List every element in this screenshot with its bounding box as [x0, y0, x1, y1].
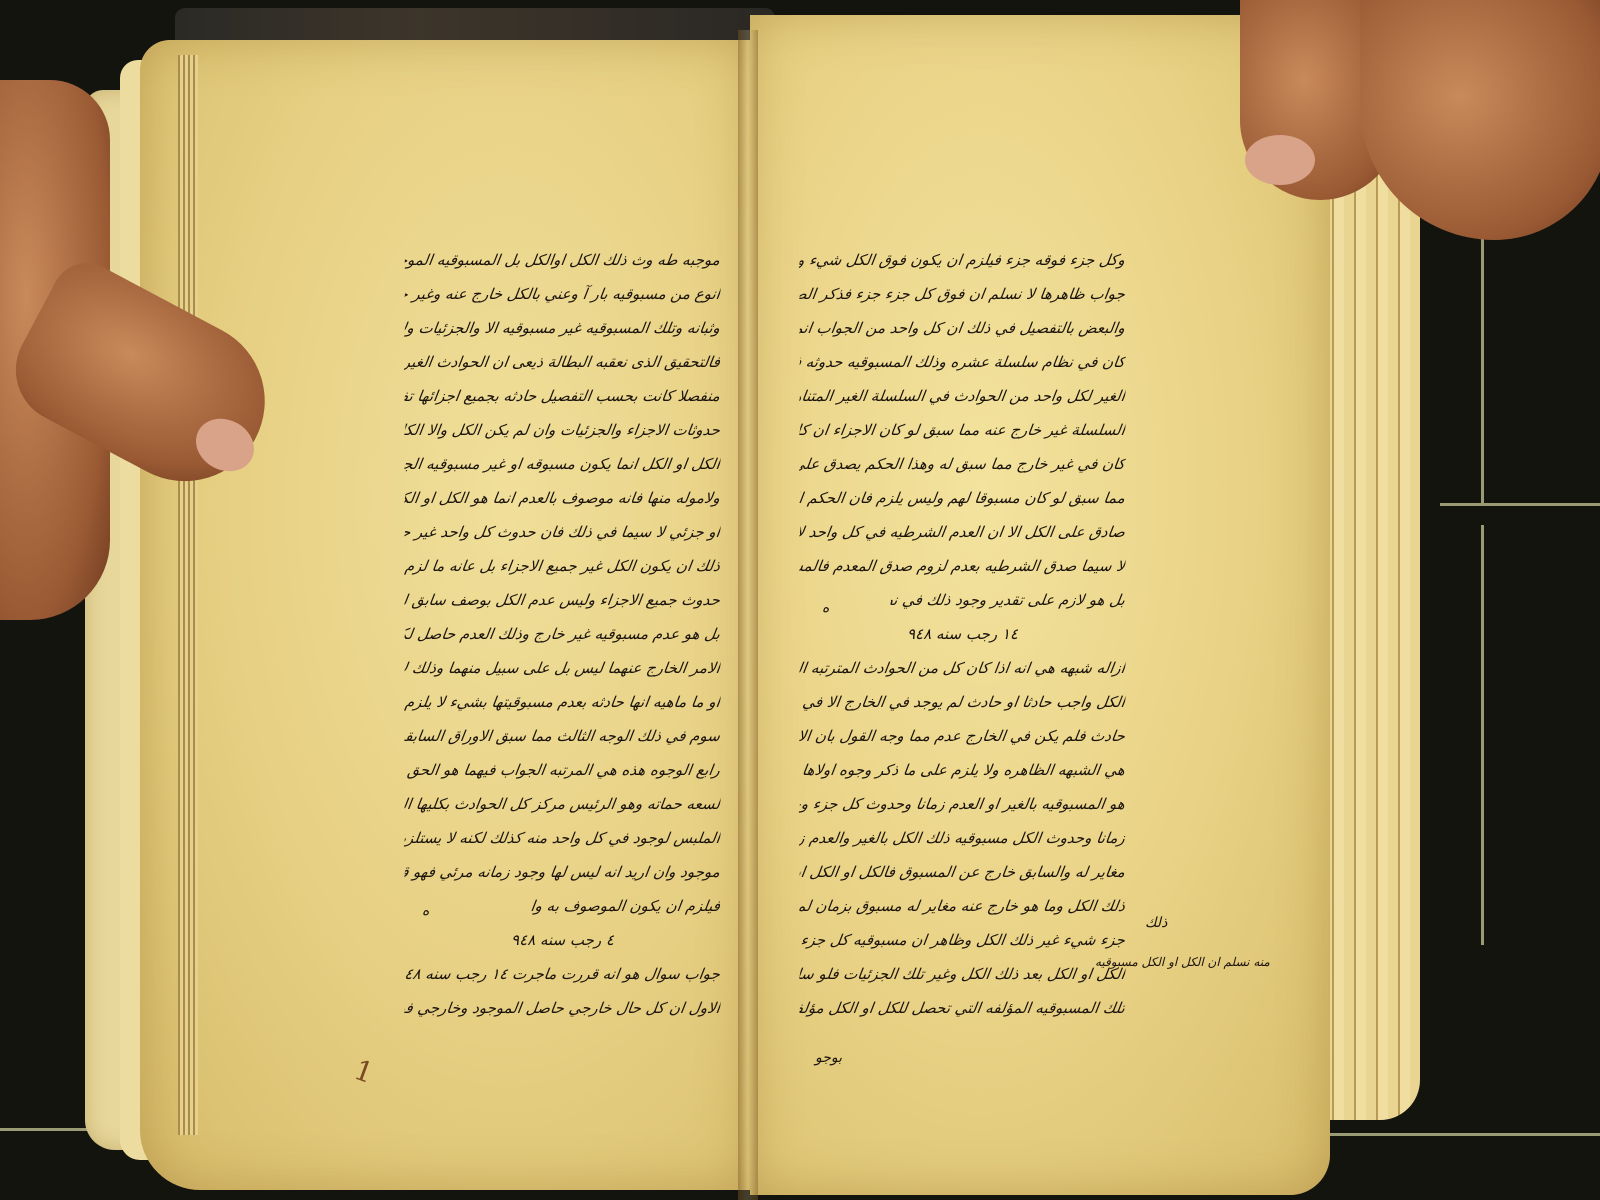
text-line: حادث فلم يكن في الخارج عدم مما وجه القول…: [798, 719, 1128, 753]
end-mark: ه: [422, 903, 429, 919]
right-page-text: وكل جزء فوقه جزء فيلزم ان يكون فوق الكل …: [800, 243, 1125, 1025]
margin-note: منه نسلم ان الكل او الكل مسبوقيه: [1095, 955, 1270, 969]
text-line: والبعض بالتفصيل في ذلك ان كل واحد من الج…: [798, 311, 1128, 345]
text-line: كان في نظام سلسلة عشره وذلك المسبوقيه حد…: [798, 345, 1128, 379]
right-thumbnail: [1245, 135, 1315, 185]
text-line: ذلك الكل وما هو خارج عنه مغاير له مسبوق …: [798, 889, 1128, 923]
text-line: الملبس لوجود في كل واحد منه كذلك لكنه لا…: [403, 821, 723, 855]
text-line: حدوثات الاجزاء والجزئيات وان لم يكن الكل…: [403, 413, 723, 447]
text-line: الغير لكل واحد من الحوادث في السلسلة الغ…: [798, 379, 1128, 413]
text-line: مما سبق لو كان مسبوقا لهم وليس يلزم فان …: [798, 481, 1128, 515]
text-line: لسعه حماته وهو الرئيس مركز كل الحوادث بك…: [403, 787, 723, 821]
text-line: كان في غير خارج مما سبق له وهذا الحكم يص…: [798, 447, 1128, 481]
text-line: جزء شيء غير ذلك الكل وظاهر ان مسبوقيه كل…: [798, 923, 1128, 957]
text-line: سوم في ذلك الوجه الثالث مما سبق الاوراق …: [403, 719, 723, 753]
text-line: هي الشبهه الظاهره ولا يلزم على ما ذكر وج…: [798, 753, 1128, 787]
text-line: منفصلا كانت بحسب التفصيل حادثه بجميع اجز…: [403, 379, 723, 413]
table-grid-line-horizontal: [0, 1128, 95, 1131]
text-line: مغاير له والسابق خارج عن المسبوق فالكل ا…: [798, 855, 1128, 889]
answer-line: جواب سوال هو انه قررت ماجرت ١٤ رجب سنه ٩…: [403, 957, 723, 991]
text-line: جواب ظاهرها لا نسلم ان فوق كل جزء جزء فذ…: [798, 277, 1128, 311]
text-line: زمانا وحدوث الكل مسبوقيه ذلك الكل بالغير…: [798, 821, 1128, 855]
text-line: هو المسبوقيه بالغير او العدم زمانا وحدوث…: [798, 787, 1128, 821]
book-gutter: [738, 30, 758, 1200]
answer-line: الاول ان كل حال خارجي حاصل الموجود وخارج…: [403, 991, 723, 1025]
left-page-text: موجبه طه وث ذلك الكل اوالكل بل المسبوقيه…: [405, 243, 720, 1025]
text-line: فيلزم ان يكون الموصوف به واقع: [529, 889, 723, 923]
text-line: رابع الوجوه هذه هي المرتبه الجواب فيهما …: [403, 753, 723, 787]
text-line: الكل او الكل بعد ذلك الكل وغير تلك الجزئ…: [798, 957, 1128, 991]
text-line: الكل واجب حادثا او حادث لم يوجد في الخار…: [798, 685, 1128, 719]
text-line: صادق على الكل الا ان العدم الشرطيه في كل…: [798, 515, 1128, 549]
left-fore-edge-lines: [178, 55, 198, 1135]
text-line: بل هو لازم على تقدير وجود ذلك في نظام سل…: [889, 583, 1128, 617]
text-line: بل هو عدم مسبوقيه غير خارج وذلك العدم حا…: [403, 617, 723, 651]
text-line: لا سيما صدق الشرطيه بعدم لزوم صدق المعدم…: [798, 549, 1128, 583]
text-line: الامر الخارج عنهما ليس بل على سبيل منهما…: [403, 651, 723, 685]
text-line: موجبه طه وث ذلك الكل اوالكل بل المسبوقيه…: [403, 243, 723, 277]
catchword: بوجو: [815, 1050, 842, 1066]
text-line: الكل او الكل انما يكون مسبوقه او غير مسب…: [403, 447, 723, 481]
text-line: او ما ماهيه انها حادثه بعدم مسبوقيتها بش…: [403, 685, 723, 719]
text-line: موجود وان اريد انه ليس لها وجود زمانه مر…: [403, 855, 723, 889]
text-line: او جزئي لا سيما في ذلك فان حدوث كل واحد …: [403, 515, 723, 549]
table-grid-line-horizontal: [1440, 503, 1600, 506]
text-line: فالتحقيق الذى نعقبه البطالة ذيعى ان الحو…: [403, 345, 723, 379]
text-line: وكل جزء فوقه جزء فيلزم ان يكون فوق الكل …: [798, 243, 1128, 277]
date-heading: ٤ رجب سنه ٩٤٨: [405, 923, 720, 957]
text-line: وثبانه وتلك المسبوقيه غير مسبوقيه الا وا…: [403, 311, 723, 345]
text-line: حدوث جميع الاجزاء وليس عدم الكل بوصف ساب…: [403, 583, 723, 617]
text-line: انوع من مسبوقيه بار آ وعني بالكل خارج عن…: [403, 277, 723, 311]
end-mark: ه: [822, 600, 829, 616]
date-heading: ١٤ رجب سنه ٩٤٨: [800, 617, 1125, 651]
margin-note: ذلك: [1145, 915, 1167, 931]
text-line: ذلك ان يكون الكل غير جميع الاجزاء بل عان…: [403, 549, 723, 583]
text-line: السلسلة غير خارج عنه مما سبق لو كان الاج…: [798, 413, 1128, 447]
text-line: ولاموله منها فانه موصوف بالعدم انما هو ا…: [403, 481, 723, 515]
text-line: تلك المسبوقيه المؤلفه التي تحصل للكل او …: [798, 991, 1128, 1025]
table-grid-line-vertical: [1481, 525, 1484, 945]
text-line: ازاله شبهه هي انه اذا كان كل من الحوادث …: [798, 651, 1128, 685]
